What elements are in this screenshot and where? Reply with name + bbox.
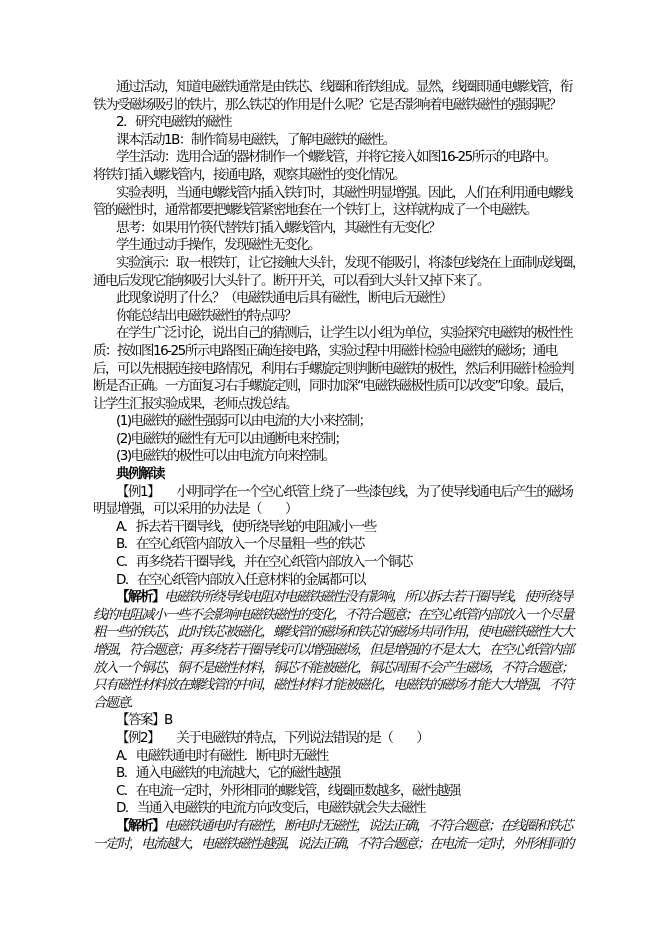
text-line: 合题意． (93, 695, 633, 713)
text-line: (3)电磁铁的极性可以由电流方向来控制。 (93, 448, 633, 466)
text-line: 让学生汇报实验成果，老师点拨总结。 (93, 396, 633, 414)
text-run: 电磁铁通电时有磁性，断电时无磁性，说法正确，不符合题意；在线圈和铁芯 (164, 818, 572, 834)
text-line: 将铁钉插入螺线管内，接通电路，观察其磁性的变化情况。 (93, 167, 633, 185)
text-run: 电磁铁所绕导线电阻对电磁铁磁性没有影响，所以拆去若干圈导线，使所绕导 (164, 589, 572, 605)
text-line: D．当通入电磁铁的电流方向改变后，电磁铁就会失去磁性 (93, 800, 633, 818)
text-line: 你能总结出电磁铁磁性的特点吗？ (93, 308, 633, 326)
text-line: 明显增强，可以采用的办法是（ ） (93, 501, 633, 519)
text-line: 【例1】 小明同学在一个空心纸管上绕了一些漆包线，为了使导线通电后产生的磁场 (93, 484, 633, 502)
text-line: 在学生广泛讨论，说出自己的猜测后，让学生以小组为单位，实验探究电磁铁的极性性 (93, 325, 633, 343)
text-line: A．拆去若干圈导线，使所绕导线的电阻减小一些 (93, 519, 633, 537)
text-line: 只有磁性材料放在螺线管的中间，磁性材料才能被磁化，电磁铁的磁场才能大大增强，不符 (93, 677, 633, 695)
text-line: 【解析】电磁铁通电时有磁性，断电时无磁性，说法正确，不符合题意；在线圈和铁芯 (93, 818, 633, 836)
text-line: 【例2】 关于电磁铁的特点，下列说法错误的是（ ） (93, 730, 633, 748)
text-line: 【答案】B (93, 712, 633, 730)
text-line: 2．研究电磁铁的磁性 (93, 114, 633, 132)
analysis-label: 【解析】 (116, 589, 164, 605)
text-line: B．通入电磁铁的电流越大，它的磁性越强 (93, 765, 633, 783)
text-line: 放入一个铜芯，铜不是磁性材料，铜芯不能被磁化，铜芯周围不会产生磁场，不符合题意； (93, 660, 633, 678)
text-line: 管的磁性时，通常都要把螺线管紧密地套在一个铁钉上，这样就构成了一个电磁铁。 (93, 202, 633, 220)
text-line: (1)电磁铁的磁性强弱可以由电流的大小来控制； (93, 413, 633, 431)
text-line: 铁为受磁场吸引的铁片，那么铁芯的作用是什么呢？它是否影响着电磁铁磁性的强弱呢？ (93, 97, 633, 115)
text-line: 思考：如果用竹筷代替铁钉插入螺线管内，其磁性有无变化？ (93, 220, 633, 238)
text-line: 典例解读 (93, 466, 633, 484)
text-line: 通电后发现它能够吸引大头针了。断开开关，可以看到大头针又掉下来了。 (93, 273, 633, 291)
analysis-label: 【解析】 (116, 818, 164, 834)
text-line: 【解析】电磁铁所绕导线电阻对电磁铁磁性没有影响，所以拆去若干圈导线，使所绕导 (93, 589, 633, 607)
text-line: 质：按如图16-25所示电路图正确连接电路，实验过程中用磁针检验电磁铁的磁场；通… (93, 343, 633, 361)
text-line: 一定时，电流越大，电磁铁磁性越强，说法正确，不符合题意；在电流一定时，外形相同的 (93, 836, 633, 854)
text-line: B．在空心纸管内部放入一个尽量粗一些的铁芯 (93, 536, 633, 554)
text-line: C．在电流一定时，外形相同的螺线管，线圈匝数越多，磁性越强 (93, 783, 633, 801)
text-line: 实验演示：取一根铁钉，让它接触大头针，发现不能吸引，将漆包线绕在上面制成线圈， (93, 255, 633, 273)
document-body: 通过活动，知道电磁铁通常是由铁芯、线圈和衔铁组成。显然，线圈即通电螺线管，衔铁为… (93, 79, 633, 853)
text-line: 线的电阻减小一些不会影响电磁铁磁性的变化，不符合题意；在空心纸管内部放入一个尽量 (93, 607, 633, 625)
text-line: 实验表明，当通电螺线管内插入铁钉时，其磁性明显增强。因此，人们在利用通电螺线 (93, 185, 633, 203)
text-line: D．在空心纸管内部放入任意材料的金属都可以 (93, 572, 633, 590)
text-line: 后，可以先根据连接电路情况，利用右手螺旋定则判断电磁铁的极性，然后利用磁针检验判 (93, 361, 633, 379)
text-line: 增强，符合题意；再多绕若干圈导线可以增强磁场，但是增强的不是太大，在空心纸管内部 (93, 642, 633, 660)
text-line: 此现象说明了什么？（电磁铁通电后具有磁性，断电后无磁性） (93, 290, 633, 308)
text-line: 学生活动：选用合适的器材制作一个螺线管，并将它接入如图16-25所示的电路中。 (93, 149, 633, 167)
document-page: 通过活动，知道电磁铁通常是由铁芯、线圈和衔铁组成。显然，线圈即通电螺线管，衔铁为… (0, 0, 661, 935)
text-line: A．电磁铁通电时有磁性．断电时无磁性 (93, 748, 633, 766)
text-line: 课本活动1B：制作简易电磁铁，了解电磁铁的磁性。 (93, 132, 633, 150)
text-line: 粗一些的铁芯，此时铁芯被磁化，螺线管的磁场和铁芯的磁场共同作用，使电磁铁磁性大大 (93, 624, 633, 642)
text-line: C．再多绕若干圈导线，并在空心纸管内部放入一个铜芯 (93, 554, 633, 572)
text-line: (2)电磁铁的磁性有无可以由通断电来控制； (93, 431, 633, 449)
text-line: 断是否正确。一方面复习右手螺旋定则，同时加深“电磁铁磁极性质可以改变”印象。最后… (93, 378, 633, 396)
text-line: 学生通过动手操作，发现磁性无变化。 (93, 237, 633, 255)
text-line: 通过活动，知道电磁铁通常是由铁芯、线圈和衔铁组成。显然，线圈即通电螺线管，衔 (93, 79, 633, 97)
